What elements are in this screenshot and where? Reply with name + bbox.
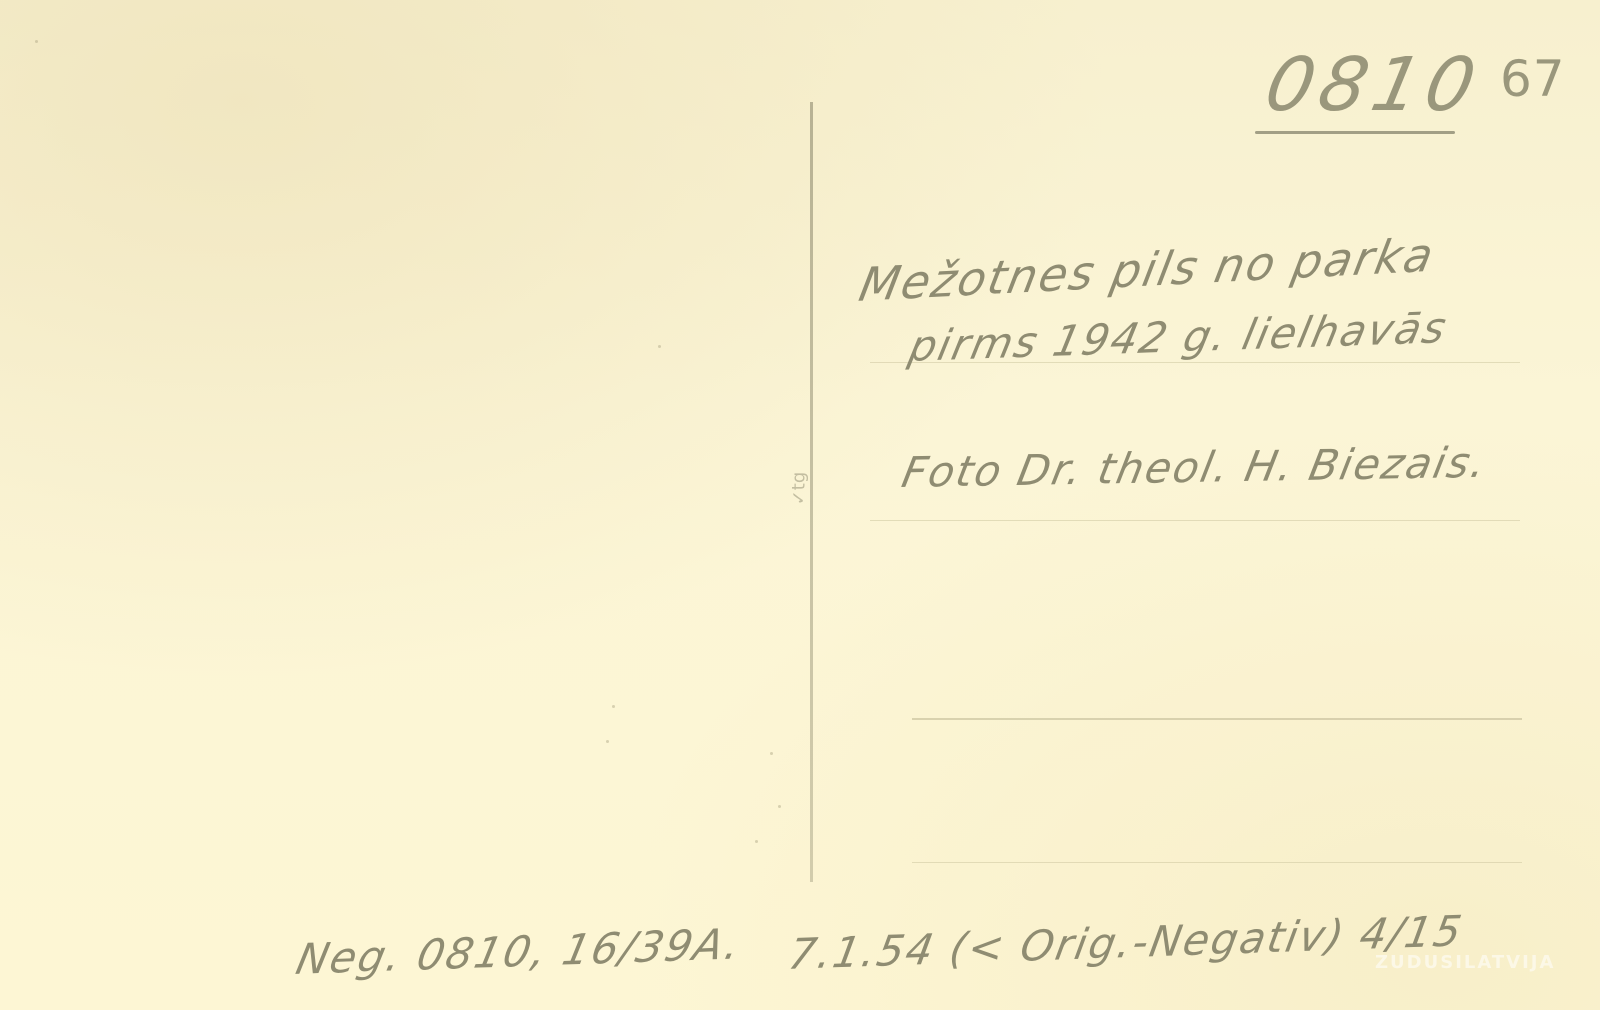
paper-speck xyxy=(770,752,773,755)
archive-suffix: 67 xyxy=(1500,50,1566,108)
center-divider-line xyxy=(810,102,813,882)
negative-date: 7.1.54 (< Orig.-Negativ) 4/15 xyxy=(785,906,1467,979)
address-rule-4 xyxy=(912,862,1522,863)
divider-stamp: ✓tg xyxy=(788,472,809,506)
negative-reference: Neg. 0810, 16/39A. xyxy=(292,919,746,984)
paper-speck xyxy=(606,740,609,743)
watermark: ZUDUSILATVIJA xyxy=(1375,952,1555,973)
caption-line-2: pirms 1942 g. lielhavās xyxy=(905,303,1452,371)
paper-speck xyxy=(658,345,661,348)
paper-speck xyxy=(778,805,781,808)
photo-credit: Foto Dr. theol. H. Biezais. xyxy=(898,438,1492,497)
caption-line-1: Mežotnes pils no parka xyxy=(855,227,1440,312)
archive-number-underline xyxy=(1255,131,1455,134)
archive-number: 0810 xyxy=(1258,42,1489,128)
paper-speck xyxy=(35,40,38,43)
postcard-back: 0810 67 ✓tg Mežotnes pils no parka pirms… xyxy=(0,0,1600,1010)
address-rule-2 xyxy=(870,520,1520,521)
paper-speck xyxy=(612,705,615,708)
paper-speck xyxy=(755,840,758,843)
address-rule-3 xyxy=(912,718,1522,720)
